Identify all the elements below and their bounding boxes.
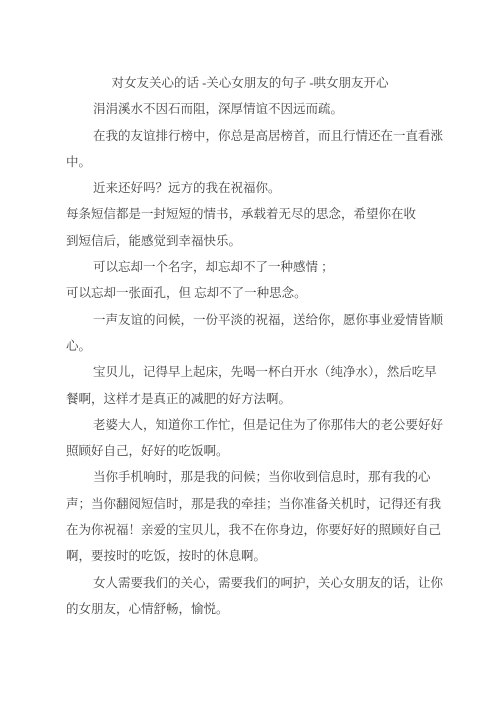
text-line: 当你手机响时，那是我的问候；当你收到信息时，那有我的心 [66,464,434,490]
text-line: 老婆大人，知道你工作忙，但是记住为了你那伟大的老公要好好 [66,412,434,438]
text-line: 女人需要我们的关心，需要我们的呵护，关心女朋友的话，让你 [66,570,434,596]
text-line: 宝贝儿，记得早上起床，先喝一杯白开水（纯净水），然后吃早 [66,359,434,385]
text-line: 可以忘却一张面孔，但 忘却不了一种思念。 [66,280,434,306]
document-content: 对女友关心的话 -关心女朋友的句子 -哄女朋友开心 涓涓溪水不因石而阻，深厚情谊… [66,70,434,622]
text-line: 在我的友谊排行榜中，你总是高居榜首，而且行情还在一直看涨 [66,123,434,149]
text-line: 可以忘却一个名字，却忘却不了一种感情 ； [66,254,434,280]
text-line: 到短信后，能感觉到幸福快乐。 [66,228,434,254]
text-line: 餐啊，这样才是真正的减肥的好方法啊。 [66,386,434,412]
text-line: 心。 [66,333,434,359]
text-line: 的女朋友，心情舒畅，愉悦。 [66,596,434,622]
text-line: 在为你祝福！亲爱的宝贝儿，我不在你身边，你要好好的照顾好自己 [66,517,434,543]
text-line: 中。 [66,149,434,175]
text-line: 照顾好自己，好好的吃饭啊。 [66,438,434,464]
document-title: 对女友关心的话 -关心女朋友的句子 -哄女朋友开心 [66,70,434,96]
text-line: 一声友谊的问候，一份平淡的祝福，送给你，愿你事业爱情皆顺 [66,307,434,333]
text-line: 涓涓溪水不因石而阻，深厚情谊不因远而疏。 [66,96,434,122]
document-body: 涓涓溪水不因石而阻，深厚情谊不因远而疏。在我的友谊排行榜中，你总是高居榜首，而且… [66,96,434,622]
text-line: 近来还好吗？远方的我在祝福你。 [66,175,434,201]
document-page: 对女友关心的话 -关心女朋友的句子 -哄女朋友开心 涓涓溪水不因石而阻，深厚情谊… [0,0,500,708]
text-line: 每条短信都是一封短短的情书，承载着无尽的思念，希望你在收 [66,201,434,227]
text-line: 啊，要按时的吃饭，按时的休息啊。 [66,543,434,569]
text-line: 声；当你翻阅短信时，那是我的牵挂；当你准备关机时，记得还有我 [66,491,434,517]
